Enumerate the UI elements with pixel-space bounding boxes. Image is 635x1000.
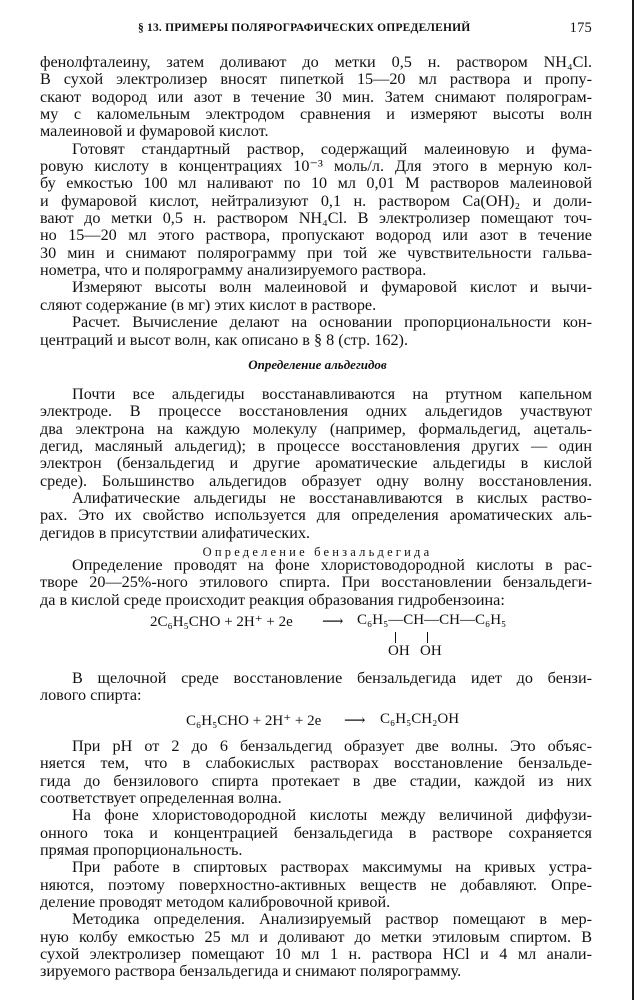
text-line: няются, поэтому поверхностно-активных ве… [40, 877, 592, 894]
paragraph-start-line: Измеряют высоты волн малеиновой и фумаро… [40, 279, 592, 296]
text-line: деление проводят методом калибровочной к… [40, 894, 592, 911]
reaction-arrow: ⟶ [322, 612, 344, 631]
formula-reactants: C₆H₅CHO + 2H⁺ + 2e [186, 711, 321, 730]
hydroxyl-group: OH [420, 643, 442, 660]
text-line: гида до бензилового спирта протекает в д… [40, 773, 592, 790]
text-line: 30 мин и снимают полярограмму при той же… [40, 245, 592, 262]
reaction-arrow: ⟶ [344, 711, 366, 730]
running-head-title: § 13. ПРИМЕРЫ ПОЛЯРОГРАФИЧЕСКИХ ОПРЕДЕЛЕ… [138, 22, 470, 34]
text-line: творе 20—25%-ного этилового спирта. При … [40, 574, 592, 591]
paragraph-start-line: В щелочной среде восстановление бензальд… [40, 670, 592, 687]
text-line: рах. Это их свойство используется для оп… [40, 507, 592, 524]
text-line: и фумаровой кислот, нейтрализуют 0,1 н. … [40, 193, 592, 210]
running-head: § 13. ПРИМЕРЫ ПОЛЯРОГРАФИЧЕСКИХ ОПРЕДЕЛЕ… [40, 22, 592, 42]
text-line: В сухой электролизер вносят пипеткой 15—… [40, 71, 592, 88]
text-line: прямая пропорциональность. [40, 842, 592, 859]
text-line: скают водород или азот в течение 30 мин.… [40, 89, 592, 106]
body-block-benzaldehyde-main: При pH от 2 до 6 бензальдегид образует д… [40, 738, 592, 981]
text-line: онного тока и концентрацией бензальдегид… [40, 825, 592, 842]
text-line: няется тем, что в слабокислых растворах … [40, 755, 592, 772]
calculation-paragraph-line: Расчет. Вычисление делают на основании п… [40, 314, 592, 331]
text-line: электрон (бензальдегид и другие ароматич… [40, 455, 592, 472]
text-line: соответствует определенная волна. [40, 790, 592, 807]
text-line: среде). Большинство альдегидов образует … [40, 473, 592, 490]
body-block-alkaline: В щелочной среде восстановление бензальд… [40, 670, 592, 705]
text-line: лового спирта: [40, 687, 592, 704]
text-line: му с каломельным электродом сравнения и … [40, 106, 592, 123]
bond-line [427, 632, 428, 643]
text-line: ную колбу емкостью 25 мл и доливают до м… [40, 929, 592, 946]
page-edge-border [632, 0, 634, 1000]
body-block-aldehydes: Почти все альдегиды восстанавливаются на… [40, 386, 592, 542]
body-block-1: фенолфталеину, затем доливают до метки 0… [40, 54, 592, 349]
text-line: сляют содержание (в мг) этих кислот в ра… [40, 297, 592, 314]
text-line: дегид, масляный альдегид); в процессе во… [40, 438, 592, 455]
method-paragraph-line: Методика определения. Анализируемый раст… [40, 911, 592, 928]
paragraph-start-line: При pH от 2 до 6 бензальдегид образует д… [40, 738, 592, 755]
text-line: да в кислой среде происходит реакция обр… [40, 592, 592, 609]
hydroxyl-group: OH [388, 643, 410, 660]
text-line: нометра, что и полярограмму анализируемо… [40, 262, 592, 279]
text-line: дегидов в присутствии алифатических. [40, 525, 592, 542]
formula-reactants: 2C₆H₅CHO + 2H⁺ + 2e [150, 612, 293, 631]
page-number: 175 [570, 20, 592, 37]
text-line: вают до метки 0,5 н. раствором NH₄Cl. В … [40, 210, 592, 227]
reaction-formula-hydrobenzoin: 2C₆H₅CHO + 2H⁺ + 2e ⟶ C₆H₅—CH—CH—C₆H₅ OH… [150, 612, 490, 662]
text-line: но 15—20 мл этого раствора, пропускают в… [40, 227, 592, 244]
text-line: электроде. В процессе восстановления одн… [40, 403, 592, 420]
formula-product: C₆H₅CH₂OH [380, 711, 459, 728]
formula-product: C₆H₅—CH—CH—C₆H₅ [357, 612, 506, 629]
text-line: ровую кислоту в концентрациях 10⁻³ моль/… [40, 158, 592, 175]
text-line: фенолфталеину, затем доливают до метки 0… [40, 54, 592, 71]
text-line: малеиновой и фумаровой кислот. [40, 123, 592, 140]
bond-line [395, 632, 396, 643]
paragraph-start-line: Алифатические альдегиды не восстанавлива… [40, 490, 592, 507]
paragraph-start-line: Почти все альдегиды восстанавливаются на… [40, 386, 592, 403]
paragraph-start-line: При работе в спиртовых растворах максиму… [40, 859, 592, 876]
paragraph-start-line: Готовят стандартный раствор, содержащий … [40, 141, 592, 158]
body-block-benzaldehyde-intro: Определение проводят на фоне хлористовод… [40, 557, 592, 609]
text-line: два электрона на каждую молекулу (наприм… [40, 421, 592, 438]
section-heading-aldehydes: Определение альдегидов [0, 357, 635, 373]
paragraph-start-line: Определение проводят на фоне хлористовод… [40, 557, 592, 574]
text-line: бу емкостью 100 мл наливают по 10 мл 0,0… [40, 175, 592, 192]
text-line: центраций и высот волн, как описано в § … [40, 332, 592, 349]
text-line: зируемого раствора бензальдегида и снима… [40, 963, 592, 980]
paragraph-start-line: На фоне хлористоводородной кислоты между… [40, 807, 592, 824]
reaction-formula-benzyl-alcohol: C₆H₅CHO + 2H⁺ + 2e ⟶ C₆H₅CH₂OH [186, 711, 466, 731]
text-line: сухой электролизер помещают 10 мл 1 н. р… [40, 946, 592, 963]
